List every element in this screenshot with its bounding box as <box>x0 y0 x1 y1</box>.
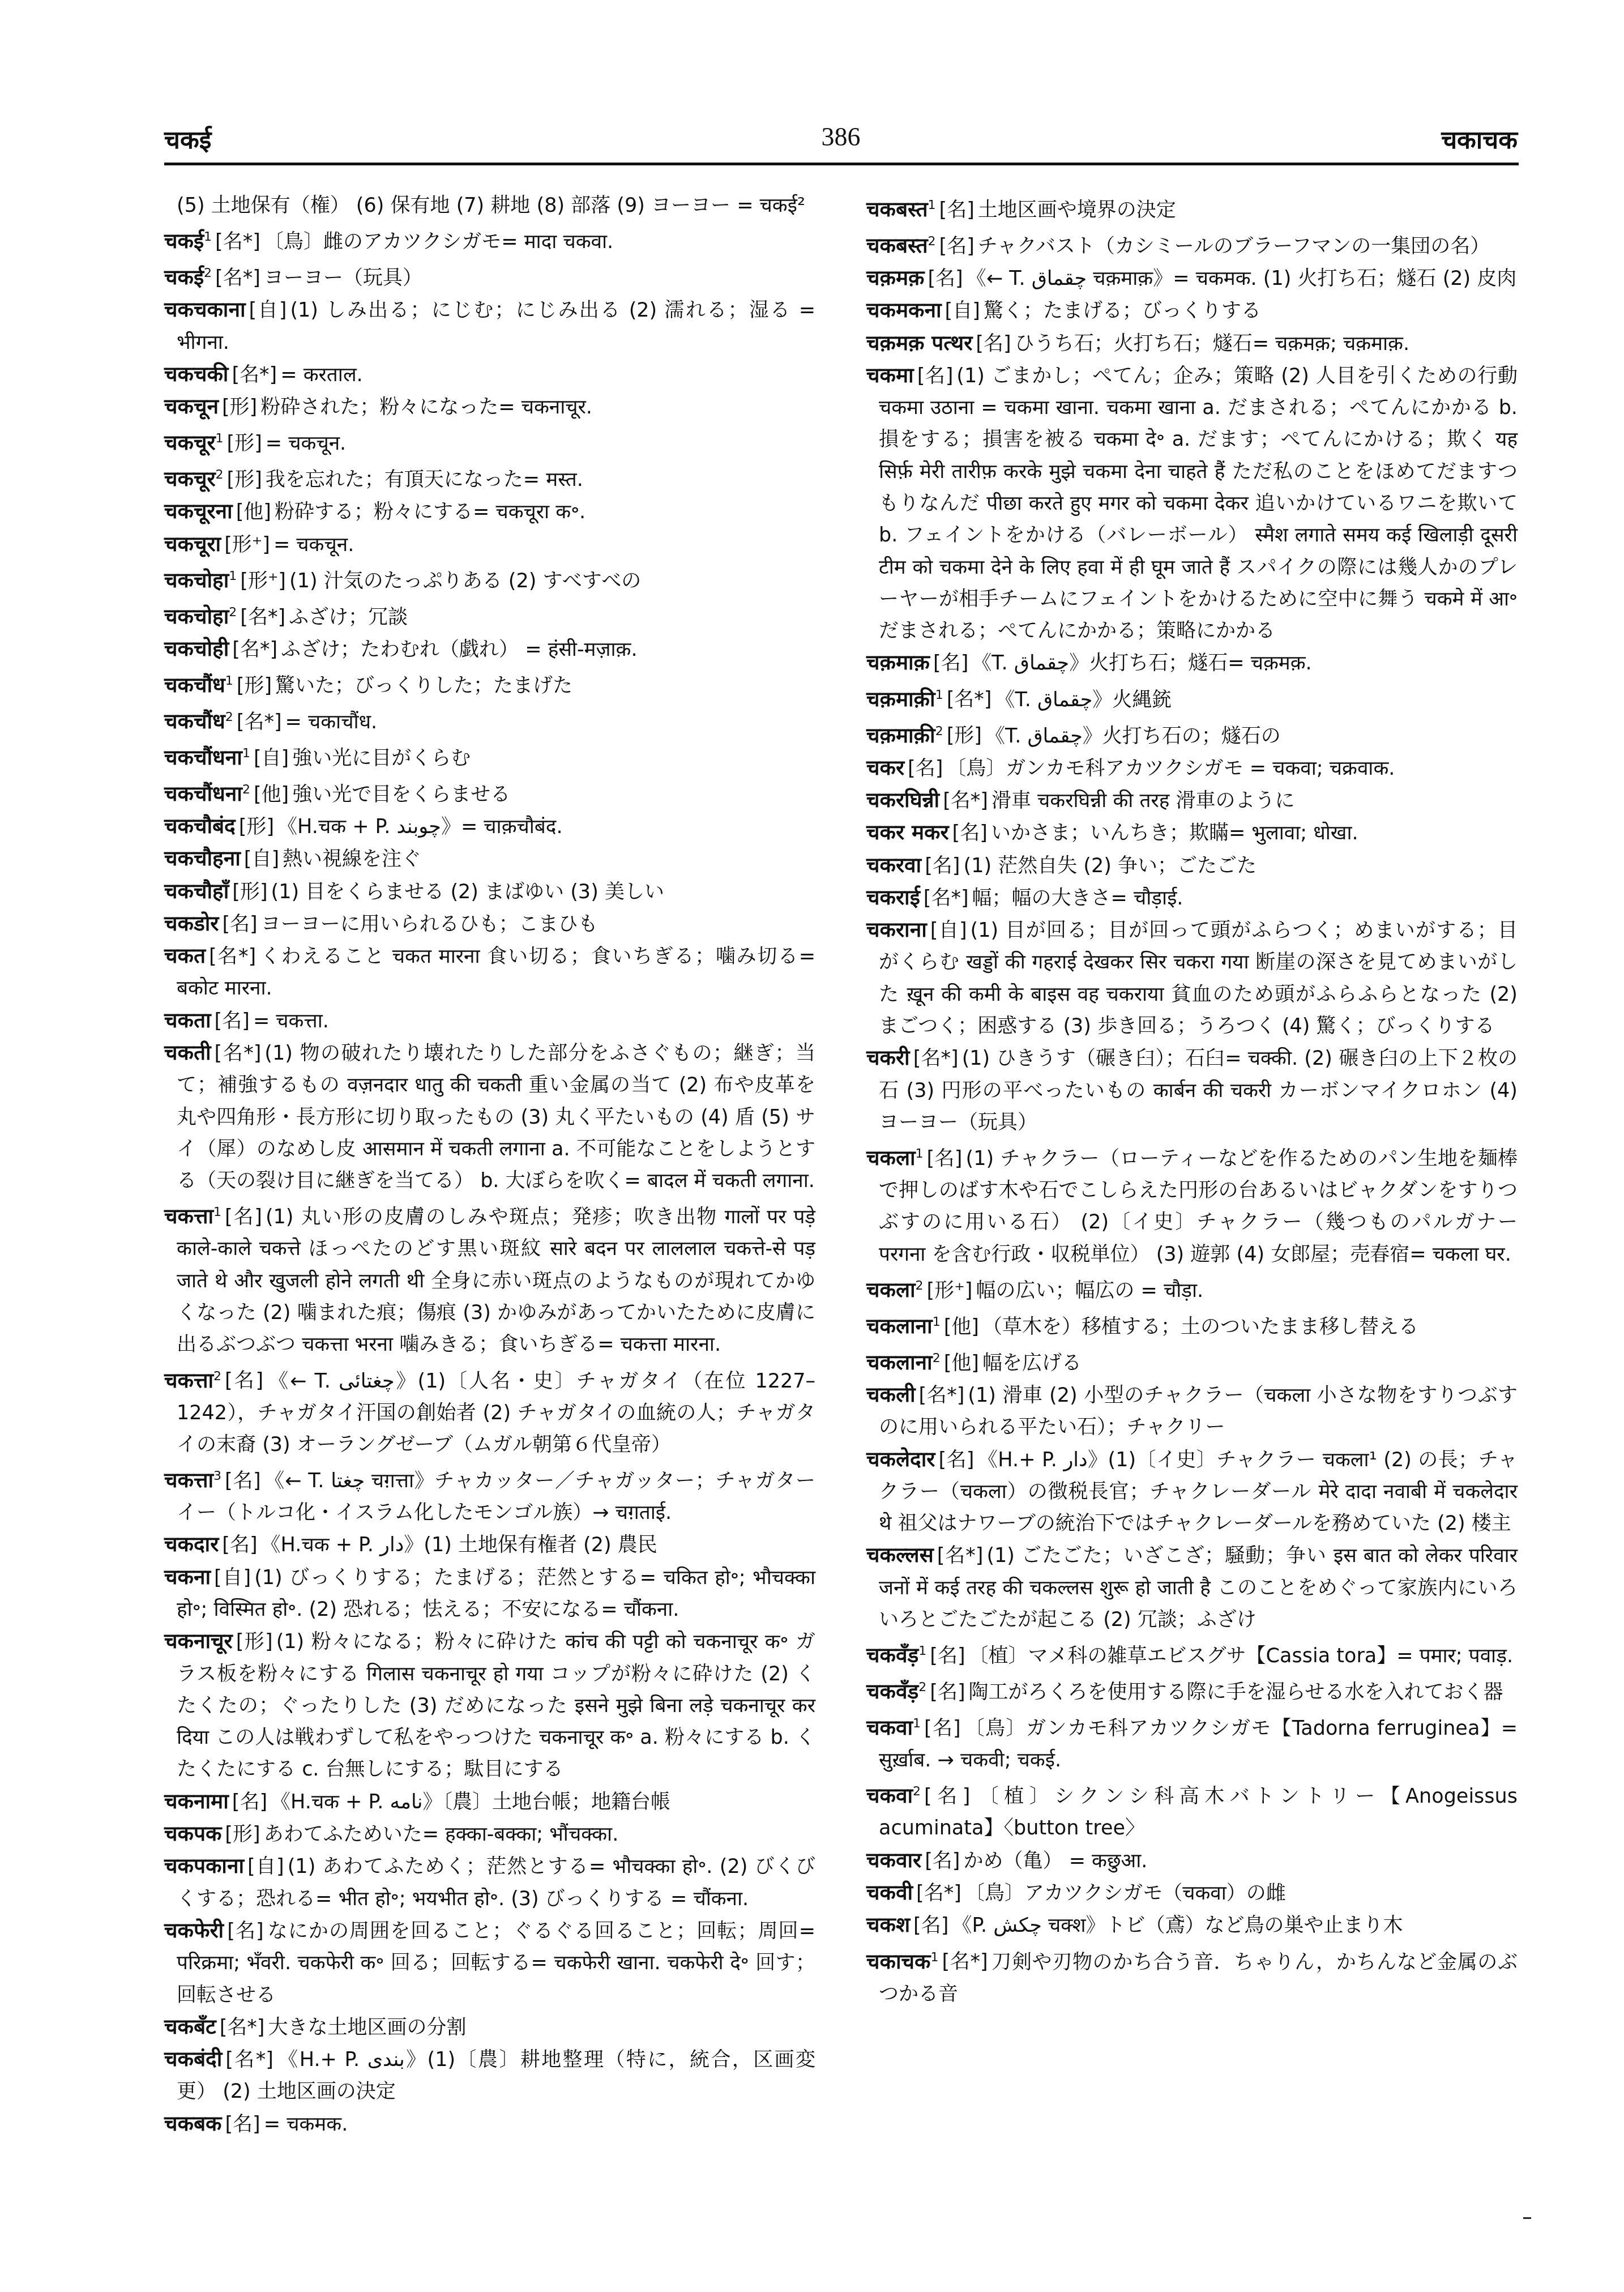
part-of-speech: [名] <box>952 822 988 844</box>
definition: 大きな土地区画の分割 <box>268 2016 467 2039</box>
dictionary-entry: चकरघिन्नी[名*]滑車 चकरघिन्नी की तरह 滑車のように <box>866 784 1518 817</box>
headword: चकला <box>866 1146 916 1170</box>
definition: (5) 土地保有（権） (6) 保有地 (7) 耕地 (8) 部落 (9) ヨー… <box>177 194 805 217</box>
headword: चकवँड़ <box>866 1643 918 1667</box>
definition: 《H.+ P. دار》(1)〔イ史〕チャクラー चकला¹ (2) の長；チャ… <box>879 1449 1518 1535</box>
part-of-speech: [名*] <box>942 1950 988 1973</box>
headword: चकबँट <box>164 2014 216 2039</box>
definition: = चकचून. <box>273 533 354 556</box>
definition: 強い光で目をくらませる <box>292 783 510 806</box>
definition: (1) ごまかし；ぺてん；企み；策略 (2) 人目を引くための行動 चकमा उ… <box>879 365 1518 642</box>
part-of-speech: [形⁺] <box>224 533 270 556</box>
definition: 土地区画や境界の決定 <box>978 199 1176 221</box>
dictionary-entry: चकना[自](1) びっくりする；たまげる；茫然とする= चकित हो॰; … <box>164 1561 815 1626</box>
headword: चकल्लस <box>866 1543 934 1567</box>
headword: चक़माक़ <box>866 650 930 675</box>
part-of-speech: [名*] <box>232 364 277 386</box>
homograph-number: 1 <box>930 1950 938 1965</box>
right-column: चकबस्त1[名]土地区画や境界の決定चकबस्त2[名]チャクバスト（カシミ… <box>866 190 1518 2010</box>
headword: चकत्ता <box>164 1204 213 1228</box>
dictionary-entry: चकचकी[名*]= करताल. <box>164 358 815 391</box>
definition: (1) びっくりする；たまげる；茫然とする= चकित हो॰; भौचक्का… <box>177 1567 815 1621</box>
headword: चकली <box>866 1382 916 1407</box>
headword: चकचकाना <box>164 297 246 322</box>
headword: चकबक <box>164 2111 221 2136</box>
definition: 〔鳥〕雌のアカツクシガモ= मादा चकवा. <box>264 231 613 253</box>
definition: 〔鳥〕アカツクシガモ（चकवा）の雌 <box>965 1882 1286 1905</box>
dictionary-entry: चकवा2[名]〔植〕シクンシ科高木バトントリー【Anogeissus acum… <box>866 1776 1518 1844</box>
definition: 《← T. چقماق चक़माक़》= चकमक. (1) 火打ち石；燧石 … <box>967 267 1517 290</box>
part-of-speech: [名] <box>930 1681 965 1704</box>
headword: चकचूरना <box>164 499 233 523</box>
headword: चकचकी <box>164 362 228 386</box>
part-of-speech: [形] <box>232 881 267 903</box>
definition: 《T. چقماق》火打ち石の；燧石の <box>985 724 1281 747</box>
definition: 〔鳥〕ガンカモ科アカツクシガモ【Tadorna ferruginea】= सुर… <box>879 1717 1518 1772</box>
homograph-number: 2 <box>918 1680 926 1695</box>
dictionary-entry: चकचोहा1[形⁺](1) 汁気のたっぷりある (2) すべすべの <box>164 561 815 597</box>
dictionary-entry: चकमकना[自]驚く；たまげる；びっくりする <box>866 294 1518 327</box>
definition: チャクバスト（カシミールのブラーフマンの一集団の名） <box>978 235 1490 258</box>
part-of-speech: [名*] <box>943 789 988 812</box>
part-of-speech: [名*] <box>225 2048 273 2071</box>
headword: चकर मकर <box>866 820 949 844</box>
dictionary-entry: चक़माक़ी1[名*]《T. چقماق》火縄銃 <box>866 680 1518 716</box>
headword: चकत <box>164 944 206 968</box>
headword: चकचोही <box>164 637 229 661</box>
dictionary-entry: चकदार[名]《H.चक + P. دار》(1) 土地保有権者 (2) 農民 <box>164 1529 815 1561</box>
definition: 滑車 चकरघिन्नी की तरह 滑車のように <box>992 789 1294 812</box>
part-of-speech: [名*] <box>916 1882 961 1905</box>
part-of-speech: [形] <box>225 1823 260 1846</box>
part-of-speech: [形] <box>237 675 272 697</box>
headword: चकत्ता <box>164 1368 213 1392</box>
headword: चकरी <box>866 1045 910 1070</box>
dictionary-entry: चकई1[名*]〔鳥〕雌のアカツクシガモ= मादा चकवा. <box>164 221 815 258</box>
definition: 我を忘れた；有頂天になった= मस्त. <box>266 468 583 491</box>
dictionary-entry: चकचौंध1[形]驚いた；びっくりした；たまげた <box>164 665 815 702</box>
dictionary-entry: चकत्ता1[名](1) 丸い形の皮膚のしみや斑点；発疹；吹き出物 गालों… <box>164 1197 815 1360</box>
dictionary-entry: चक़मक़[名]《← T. چقماق चक़माक़》= चकमक. (1)… <box>866 262 1518 294</box>
running-head-left: चकई <box>164 122 211 156</box>
definition: = करताल. <box>280 364 363 386</box>
headword: चकपकाना <box>164 1854 244 1878</box>
part-of-speech: [自] <box>254 747 289 770</box>
headword: चकदार <box>164 1532 219 1556</box>
definition: かめ（亀） = कछुआ. <box>964 1850 1148 1872</box>
part-of-speech: [形] <box>222 396 257 419</box>
dictionary-entry: चकचूर2[形]我を忘れた；有頂天になった= मस्त. <box>164 459 815 496</box>
headword: चकलेदार <box>866 1447 935 1471</box>
headword: चकचौबंद <box>164 814 236 838</box>
part-of-speech: [名] <box>225 1369 263 1392</box>
dictionary-entry: (5) 土地保有（権） (6) 保有地 (7) 耕地 (8) 部落 (9) ヨー… <box>164 190 815 221</box>
homograph-number: 1 <box>225 674 233 688</box>
headword: चक़माक़ी <box>866 723 935 747</box>
headword: चकबस्त <box>866 233 928 258</box>
headword: चकती <box>164 1040 211 1065</box>
dictionary-entry: चकरवा[名](1) 茫然自失 (2) 争い；ごたごた <box>866 850 1518 882</box>
headword: चकश <box>866 1913 910 1937</box>
part-of-speech: [名*] <box>937 1544 984 1567</box>
headword: चकरवा <box>866 853 921 877</box>
dictionary-entry: चकवा1[名]〔鳥〕ガンカモ科アカツクシガモ【Tadorna ferrugin… <box>866 1708 1518 1776</box>
headword: चकबंदी <box>164 2047 222 2071</box>
dictionary-entry: चक़माक़[名]《T. چقماق》火打ち石；燧石= चक़मक़. <box>866 647 1518 679</box>
definition: 驚いた；びっくりした；たまげた <box>275 675 572 697</box>
homograph-number: 1 <box>913 1717 921 1731</box>
header-rule <box>164 163 1519 165</box>
part-of-speech: [名*] <box>913 1047 959 1070</box>
headword: चकवा <box>866 1715 913 1740</box>
definition: (1) 汁気のたっぷりある (2) すべすべの <box>289 570 641 592</box>
part-of-speech: [名*] <box>215 1042 262 1065</box>
left-column: (5) 土地保有（権） (6) 保有地 (7) 耕地 (8) 部落 (9) ヨー… <box>164 190 815 2140</box>
part-of-speech: [名] <box>927 1147 963 1170</box>
definition: 陶工がろくろを使用する際に手を湿らせる水を入れておく器 <box>969 1681 1503 1704</box>
dictionary-entry: चकबक[名]= चकमक. <box>164 2108 815 2140</box>
dictionary-entry: चकल्लस[名*](1) ごたごた；いざこざ；騒動；争い इस बात को … <box>866 1539 1518 1636</box>
headword: चकमकना <box>866 298 942 322</box>
page-mark <box>1523 2217 1531 2219</box>
definition: 《← T. چغتائی》(1)〔人名・史〕チャガタイ（在位 1227–1242… <box>177 1369 815 1456</box>
headword: चकचून <box>164 394 219 419</box>
definition: ふざけ；たわむれ（戯れ） = हंसी-मज़ाक़. <box>281 638 638 661</box>
homograph-number: 1 <box>933 1315 941 1329</box>
homograph-number: 1 <box>216 432 224 446</box>
definition: なにかの周囲を回ること；ぐるぐる回ること；回転；周回= परिक्रमा; भँ… <box>177 1920 815 2007</box>
dictionary-entry: चकर[名]〔鳥〕ガンカモ科アカツクシガモ = चकवा; चक्रवाक. <box>866 752 1518 784</box>
dictionary-entry: चकचकाना[自](1) しみ出る；にじむ；にじみ出る (2) 濡れる；湿る … <box>164 294 815 358</box>
dictionary-entry: चकचूर1[形]= चकचून. <box>164 423 815 459</box>
definition: (1) 丸い形の皮膚のしみや斑点；発疹；吹き出物 गालों पर पड़े क… <box>177 1206 815 1356</box>
dictionary-entry: चकत्ता3[名]《← T. چغتا चग़त्ता》チャカッター／チャガッ… <box>164 1461 815 1529</box>
definition: (1) 茫然自失 (2) 争い；ごたごた <box>964 855 1257 877</box>
dictionary-entry: चकबस्त2[名]チャクバスト（カシミールのブラーフマンの一集団の名） <box>866 226 1518 262</box>
definition: (1) 目をくらませる (2) まばゆい (3) 美しい <box>271 881 664 903</box>
dictionary-entry: चकचौबंद[形]《H.चक + P. چوبند》= चाक़चौबंद. <box>164 810 815 843</box>
part-of-speech: [形] <box>227 468 262 491</box>
headword: चकफेरी <box>164 1918 224 1943</box>
dictionary-entry: चक़मक़ पत्थर[名]ひうち石；火打ち石；燧石= चक़मक़; चक़… <box>866 327 1518 360</box>
part-of-speech: [名] <box>928 267 963 290</box>
headword: चकाचक <box>866 1949 930 1973</box>
definition: （草木を）移植する；土のついたまま移し替える <box>982 1316 1418 1338</box>
dictionary-entry: चकबंदी[名*]《H.+ P. بندی》(1)〔農〕耕地整理（特に，統合，… <box>164 2043 815 2108</box>
running-head-right: चकाचक <box>1441 122 1518 156</box>
homograph-number: 1 <box>918 1644 926 1658</box>
part-of-speech: [名] <box>924 1717 961 1740</box>
homograph-number: 1 <box>935 688 943 702</box>
definition: (1) ひきうす（碾き臼）；石臼= चक्की. (2) 碾き臼の上下２枚の石 … <box>879 1047 1518 1134</box>
dictionary-entry: चकवँड़2[名]陶工がろくろを使用する際に手を湿らせる水を入れておく器 <box>866 1672 1518 1708</box>
headword: चकवी <box>866 1880 913 1905</box>
definition: 《← T. چغتا चग़त्ता》チャカッター／チャガッター；チャガターイー… <box>177 1470 815 1524</box>
dictionary-entry: चकचौहाँ[形](1) 目をくらませる (2) まばゆい (3) 美しい <box>164 876 815 908</box>
definition: 《P. چكش चक्श》トビ（鳶）など鳥の巣や止まり木 <box>952 1914 1403 1937</box>
dictionary-entry: चकराई[名*]幅；幅の大きさ= चौड़ाई. <box>866 882 1518 914</box>
part-of-speech: [名*] <box>215 267 260 289</box>
part-of-speech: [形⁺] <box>927 1279 973 1302</box>
definition: いかさま；いんちき；欺瞞= भुलावा; धोखा. <box>991 822 1358 844</box>
dictionary-entry: चकचौहना[自]熱い視線を注ぐ <box>164 843 815 875</box>
headword: चकवार <box>866 1848 921 1872</box>
dictionary-entry: चकमा[名](1) ごまかし；ぺてん；企み；策略 (2) 人目を引くための行動… <box>866 360 1518 647</box>
dictionary-entry: चकलाना2[他]幅を広げる <box>866 1343 1518 1379</box>
definition: 〔植〕マメ科の雑草エビスグサ【Cassia tora】= पमार; पवाड़… <box>969 1645 1513 1667</box>
part-of-speech: [名] <box>930 1645 965 1667</box>
definition: = चकचून. <box>266 432 346 455</box>
dictionary-entry: चकत[名*]くわえること चकत मारना 食い切る；食いちぎる；噛み切る=… <box>164 940 815 1005</box>
headword: चकचौंध <box>164 709 225 733</box>
part-of-speech: [名] <box>232 1791 267 1813</box>
part-of-speech: [他] <box>944 1316 979 1338</box>
dictionary-entry: चकचोही[名*]ふざけ；たわむれ（戯れ） = हंसी-मज़ाक़. <box>164 633 815 665</box>
definition: あわてふためいた= हक्का-बक्का; भौंचक्का. <box>264 1823 619 1846</box>
homograph-number: 2 <box>928 234 936 249</box>
dictionary-entry: चकवँड़1[名]〔植〕マメ科の雑草エビスグサ【Cassia tora】= प… <box>866 1636 1518 1672</box>
dictionary-entry: चकला1[名](1) チャクラー（ローティーなどを作るためのパン生地を麺棒で押… <box>866 1138 1518 1270</box>
part-of-speech: [自] <box>214 1567 251 1589</box>
dictionary-entry: चकाचक1[名*]刀剣や刃物のかち合う音．ちゃりん，かちんなど金属のぶつかる音 <box>866 1942 1518 2010</box>
definition: (1) 物の破れたり壊れたりした部分をふさぐもの；継ぎ；当て；補強するもの वज… <box>177 1042 815 1192</box>
dictionary-entry: चकबँट[名*]大きな土地区画の分割 <box>164 2011 815 2043</box>
headword: चकरघिन्नी <box>866 788 939 812</box>
headword: चकचूर <box>164 430 216 455</box>
definition: (1) 粉々になる；粉々に砕けた कांच की पट्टी को चकनाचू… <box>177 1631 815 1781</box>
headword: चकचौहाँ <box>164 879 229 903</box>
dictionary-entry: चकला2[形⁺]幅の広い；幅広の = चौड़ा. <box>866 1270 1518 1307</box>
part-of-speech: [名] <box>227 1920 263 1943</box>
headword: चकचौंधना <box>164 745 242 770</box>
headword: चकनाचूर <box>164 1629 233 1653</box>
part-of-speech: [形] <box>947 724 982 747</box>
homograph-number: 1 <box>229 569 237 583</box>
headword: चकचौंधना <box>164 782 242 806</box>
headword: चक़मक़ <box>866 266 924 290</box>
dictionary-entry: चकचोहा2[名*]ふざけ；冗談 <box>164 597 815 633</box>
dictionary-entry: चकरी[名*](1) ひきうす（碾き臼）；石臼= चक्की. (2) 碾き臼… <box>866 1042 1518 1138</box>
headword: चकता <box>164 1008 211 1032</box>
dictionary-entry: चकलेदार[名]《H.+ P. دار》(1)〔イ史〕チャクラー चकला¹… <box>866 1444 1518 1540</box>
headword: चकई <box>164 265 204 289</box>
homograph-number: 2 <box>229 605 237 620</box>
definition: 《H.चक + P. نامه》〔農〕土地台帳；地籍台帳 <box>271 1791 670 1813</box>
homograph-number: 1 <box>213 1205 221 1219</box>
dictionary-entry: चकपक[形]あわてふためいた= हक्का-बक्का; भौंचक्का. <box>164 1818 815 1850</box>
headword: चकचूर <box>164 467 216 491</box>
part-of-speech: [名] <box>225 1470 261 1492</box>
part-of-speech: [名] <box>215 1010 250 1032</box>
homograph-number: 2 <box>913 1785 921 1799</box>
homograph-number: 2 <box>916 1279 924 1293</box>
headword: चकपक <box>164 1821 221 1846</box>
definition: ひうち石；火打ち石；燧石= चक़मक़; चक़माक़. <box>1015 332 1409 355</box>
headword: चकमा <box>866 363 914 387</box>
headword: चकराना <box>866 917 927 942</box>
dictionary-entry: चकचौंध2[名*]= चकाचौंध. <box>164 702 815 738</box>
homograph-number: 2 <box>213 1369 221 1384</box>
definition: = चकाचौंध. <box>285 711 378 733</box>
definition: (1) チャクラー（ローティーなどを作るためのパン生地を麺棒で押しのばす木や石で… <box>879 1147 1518 1266</box>
part-of-speech: [名] <box>917 365 954 387</box>
headword: चक़मक़ पत्थर <box>866 331 972 355</box>
part-of-speech: [名] <box>939 199 975 221</box>
headword: चकबस्त <box>866 197 928 221</box>
definition: ふざけ；冗談 <box>289 606 408 629</box>
definition: 粉砕する；粉々にする= चकचूरा क॰. <box>275 501 586 523</box>
part-of-speech: [名] <box>939 235 975 258</box>
definition: 幅；幅の大きさ= चौड़ाई. <box>972 887 1183 910</box>
part-of-speech: [形⁺] <box>240 570 286 592</box>
part-of-speech: [名] <box>913 1914 948 1937</box>
homograph-number: 1 <box>928 198 936 212</box>
definition: 驚く；たまげる；びっくりする <box>984 300 1261 322</box>
definition: 幅の広い；幅広の = चौड़ा. <box>976 1279 1203 1302</box>
part-of-speech: [形] <box>236 1631 273 1653</box>
headword: चकचौंध <box>164 673 225 697</box>
part-of-speech: [名] <box>925 1850 960 1872</box>
headword: चक़माक़ी <box>866 686 935 711</box>
part-of-speech: [他] <box>944 1352 979 1375</box>
dictionary-entry: चकली[名*](1) 滑車 (2) 小型のチャクラー（चकला 小さな物をすり… <box>866 1379 1518 1444</box>
part-of-speech: [名] <box>933 652 968 675</box>
page-header: चकई 386 चकाचक <box>164 116 1518 156</box>
definition: (1) 目が回る；目が回って頭がふらつく；めまいがする；目がくらむ खड्डों… <box>879 919 1518 1038</box>
part-of-speech: [名*] <box>924 887 969 910</box>
part-of-speech: [自] <box>249 299 287 322</box>
homograph-number: 2 <box>933 1351 941 1365</box>
headword: चकचोहा <box>164 568 229 592</box>
dictionary-entry: चकचूरना[他]粉砕する；粉々にする= चकचूरा क॰. <box>164 496 815 528</box>
definition: 《T. چقماق》火縄銃 <box>995 688 1172 711</box>
headword: चकडोर <box>164 911 219 936</box>
definition: (1) 滑車 (2) 小型のチャクラー（चकला 小さな物をすりつぶすのに用いら… <box>879 1384 1518 1439</box>
part-of-speech: [他] <box>254 783 289 806</box>
definition: ヨーヨーに用いられるひも；こまひも <box>261 913 598 936</box>
headword: चकर <box>866 756 904 780</box>
definition: 熱い視線を注ぐ <box>283 848 421 870</box>
dictionary-entry: चकचूरा[形⁺]= चकचून. <box>164 528 815 561</box>
homograph-number: 2 <box>935 724 943 739</box>
headword: चकनामा <box>164 1789 229 1813</box>
headword: चकई <box>164 229 204 253</box>
dictionary-entry: चकती[名*](1) 物の破れたり壊れたりした部分をふさぐもの；継ぎ；当て；補… <box>164 1037 815 1197</box>
part-of-speech: [名*] <box>237 711 282 733</box>
part-of-speech: [名*] <box>232 638 277 661</box>
dictionary-entry: चकलाना1[他]（草木を）移植する；土のついたまま移し替える <box>866 1307 1518 1343</box>
dictionary-entry: चकर मकर[名]いかさま；いんちき；欺瞞= भुलावा; धोखा. <box>866 817 1518 849</box>
definition: = चकत्ता. <box>253 1010 329 1032</box>
part-of-speech: [自] <box>247 1855 284 1878</box>
part-of-speech: [名] <box>225 1206 262 1228</box>
dictionary-entry: चकवार[名]かめ（亀） = कछुआ. <box>866 1845 1518 1877</box>
definition: 《T. چقماق》火打ち石；燧石= चक़मक़. <box>972 652 1311 675</box>
homograph-number: 2 <box>216 468 224 482</box>
page-number: 386 <box>822 122 861 152</box>
dictionary-entry: चकता[名]= चकत्ता. <box>164 1005 815 1037</box>
definition: = चकमक. <box>264 2113 348 2136</box>
part-of-speech: [名*] <box>220 2016 265 2039</box>
part-of-speech: [名*] <box>209 945 256 968</box>
part-of-speech: [名] <box>222 913 257 936</box>
dictionary-entry: चकचौंधना2[他]強い光で目をくらませる <box>164 774 815 810</box>
definition: 幅を広げる <box>982 1352 1082 1375</box>
homograph-number: 1 <box>916 1147 924 1161</box>
definition: 粉砕された；粉々になった= चकनाचूर. <box>260 396 592 419</box>
part-of-speech: [名] <box>925 855 960 877</box>
dictionary-entry: चकई2[名*]ヨーヨー（玩具） <box>164 258 815 294</box>
headword: चकचोहा <box>164 604 229 629</box>
homograph-number: 2 <box>242 783 250 797</box>
dictionary-entry: चकराना[自](1) 目が回る；目が回って頭がふらつく；めまいがする；目がく… <box>866 914 1518 1042</box>
part-of-speech: [名*] <box>215 231 260 253</box>
dictionary-entry: चकबस्त1[名]土地区画や境界の決定 <box>866 190 1518 226</box>
dictionary-entry: चकचून[形]粉砕された；粉々になった= चकनाचूर. <box>164 391 815 423</box>
homograph-number: 1 <box>242 746 250 761</box>
definition: 《H.चक + P. چوبند》= चाक़चौबंद. <box>277 816 562 838</box>
headword: चकलाना <box>866 1350 933 1375</box>
dictionary-entry: चकचौंधना1[自]強い光に目がくらむ <box>164 738 815 774</box>
headword: चकला <box>866 1278 916 1302</box>
part-of-speech: [名] <box>924 1785 970 1808</box>
homograph-number: 1 <box>204 230 212 244</box>
part-of-speech: [他] <box>236 501 271 523</box>
part-of-speech: [名] <box>938 1449 974 1471</box>
headword: चकलाना <box>866 1314 933 1338</box>
part-of-speech: [名*] <box>947 688 992 711</box>
part-of-speech: [自] <box>930 919 967 942</box>
dictionary-entry: चकश[名]《P. چكش चक्श》トビ（鳶）など鳥の巣や止まり木 <box>866 1909 1518 1941</box>
dictionary-entry: चकपकाना[自](1) あわてふためく；茫然とする= भौचक्का हो॰… <box>164 1850 815 1915</box>
headword: चकना <box>164 1565 211 1589</box>
part-of-speech: [自] <box>244 848 279 870</box>
dictionary-entry: चकनाचूर[形](1) 粉々になる；粉々に砕けた कांच की पट्टी… <box>164 1625 815 1785</box>
headword: चकचूरा <box>164 532 221 556</box>
dictionary-entry: चकडोर[名]ヨーヨーに用いられるひも；こまひも <box>164 908 815 940</box>
part-of-speech: [名*] <box>240 606 285 629</box>
part-of-speech: [自] <box>945 300 980 322</box>
dictionary-entry: चकत्ता2[名]《← T. چغتائی》(1)〔人名・史〕チャガタイ（在位… <box>164 1361 815 1461</box>
part-of-speech: [形] <box>227 432 262 455</box>
headword: चकवँड़ <box>866 1679 918 1704</box>
definition: ヨーヨー（玩具） <box>264 267 422 289</box>
headword: चकत्ता <box>164 1468 213 1492</box>
dictionary-entry: चक़माक़ी2[形]《T. چقماق》火打ち石の；燧石の <box>866 716 1518 752</box>
definition: 《H.चक + P. دار》(1) 土地保有権者 (2) 農民 <box>261 1534 657 1556</box>
part-of-speech: [名] <box>225 2113 260 2136</box>
part-of-speech: [名] <box>908 757 943 780</box>
dictionary-entry: चकफेरी[名]なにかの周囲を回ること；ぐるぐる回ること；回転；周回= परि… <box>164 1915 815 2011</box>
homograph-number: 2 <box>204 266 212 280</box>
headword: चकचौहना <box>164 846 241 870</box>
homograph-number: 2 <box>225 710 233 724</box>
part-of-speech: [名] <box>976 332 1011 355</box>
definition: 〔鳥〕ガンカモ科アカツクシガモ = चकवा; चक्रवाक. <box>946 757 1395 780</box>
part-of-speech: [名] <box>222 1534 257 1556</box>
definition: 強い光に目がくらむ <box>292 747 471 770</box>
definition: くわえること चकत मारना 食い切る；食いちぎる；噛み切る= बकोट म… <box>177 945 815 1000</box>
definition: 〔植〕シクンシ科高木バトントリー【Anogeissus acuminata】〈b… <box>879 1785 1518 1839</box>
dictionary-entry: चकनामा[名]《H.चक + P. نامه》〔農〕土地台帳；地籍台帳 <box>164 1786 815 1818</box>
part-of-speech: [名*] <box>919 1384 965 1407</box>
dictionary-entry: चकवी[名*]〔鳥〕アカツクシガモ（चकवा）の雌 <box>866 1877 1518 1909</box>
headword: चकवा <box>866 1783 913 1808</box>
headword: चकराई <box>866 885 920 910</box>
homograph-number: 3 <box>213 1469 221 1483</box>
part-of-speech: [形] <box>239 816 274 838</box>
